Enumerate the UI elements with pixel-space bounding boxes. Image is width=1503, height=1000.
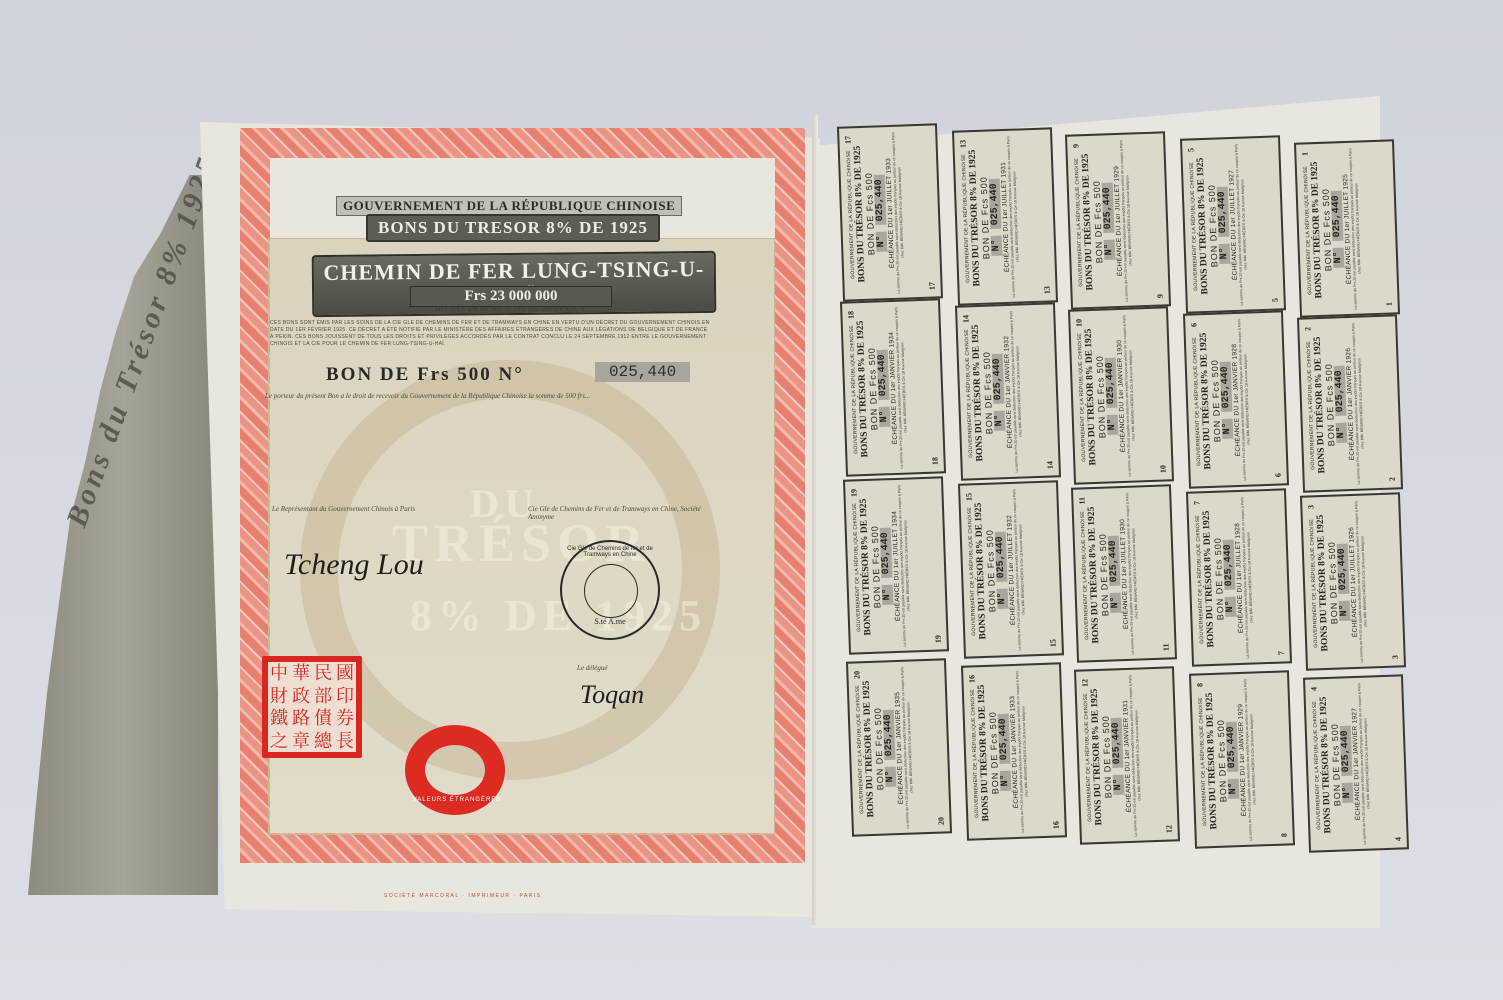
coupon-index-bottom: 12	[1164, 824, 1173, 832]
coupon-number-prefix: N°	[1222, 418, 1234, 438]
seal-char: 政	[290, 685, 312, 708]
coupon-number-prefix: N°	[1000, 770, 1012, 790]
coupon-index-top: 5	[1186, 147, 1195, 151]
coupon-index-top: 10	[1074, 318, 1083, 326]
company-round-stamp: Cie Gle de Chemins de fer et de Tramways…	[560, 540, 660, 640]
seal-char: 財	[268, 685, 290, 708]
coupon-serial: 025,440	[1331, 191, 1344, 241]
coupon-index-bottom: 15	[1048, 638, 1057, 646]
coupon-index-bottom: 20	[936, 816, 945, 824]
coupon-index-top: 20	[852, 670, 861, 678]
seal-char: 鐵	[268, 707, 290, 730]
coupon-1: GOUVERNEMENT DE LA RÉPUBLIQUE CHINOISE B…	[1294, 139, 1400, 317]
right-signatory-label: Cie Gle de Chemins de Fer et de Tramways…	[528, 505, 718, 521]
coupon-13: GOUVERNEMENT DE LA RÉPUBLIQUE CHINOISE B…	[952, 127, 1058, 305]
coupon-serial: 025,440	[877, 350, 890, 400]
coupon-content: GOUVERNEMENT DE LA RÉPUBLIQUE CHINOISE B…	[847, 481, 945, 649]
coupon-index-bottom: 6	[1274, 472, 1283, 476]
coupon-2: GOUVERNEMENT DE LA RÉPUBLIQUE CHINOISE B…	[1297, 314, 1403, 492]
coupon-index-bottom: 16	[1051, 820, 1060, 828]
seal-char: 國	[334, 662, 356, 685]
coupon-index-bottom: 19	[933, 634, 942, 642]
bon-denomination-label: BON DE Frs 500 N°	[326, 364, 524, 386]
coupon-index-top: 16	[967, 674, 976, 682]
stamp-text: Cie Gle de Chemins de fer et de Tramways…	[562, 546, 658, 558]
coupon-serial: 025,440	[1217, 187, 1230, 237]
seal-char: 部	[312, 685, 334, 708]
coupon-content: GOUVERNEMENT DE LA RÉPUBLIQUE CHINOISE B…	[1301, 319, 1399, 487]
coupon-serial: 025,440	[998, 714, 1011, 764]
coupon-number-prefix: N°	[1225, 596, 1237, 616]
coupon-content: GOUVERNEMENT DE LA RÉPUBLIQUE CHINOISE B…	[1187, 315, 1285, 483]
stamp-sa: S.té A.me	[562, 617, 658, 626]
coupon-content: GOUVERNEMENT DE LA RÉPUBLIQUE CHINOISE B…	[1078, 671, 1176, 839]
seal-char: 長	[334, 730, 356, 753]
coupon-19: GOUVERNEMENT DE LA RÉPUBLIQUE CHINOISE B…	[843, 476, 949, 654]
issuer-heading: GOUVERNEMENT DE LA RÉPUBLIQUE CHINOISE	[336, 196, 682, 216]
coupon-number-prefix: N°	[997, 588, 1009, 608]
stamp-monogram	[584, 564, 638, 618]
coupon-content: GOUVERNEMENT DE LA RÉPUBLIQUE CHINOISE B…	[1069, 136, 1167, 304]
coupon-18: GOUVERNEMENT DE LA RÉPUBLIQUE CHINOISE B…	[840, 298, 946, 476]
coupon-index-bottom: 5	[1271, 297, 1280, 301]
coupon-serial: 025,440	[1223, 540, 1236, 590]
issue-title: BONS DU TRESOR 8% DE 1925	[366, 214, 660, 242]
coupon-index-bottom: 4	[1394, 836, 1403, 840]
coupon-content: GOUVERNEMENT DE LA RÉPUBLIQUE CHINOISE B…	[1190, 493, 1288, 661]
coupon-index-top: 3	[1306, 504, 1315, 508]
coupon-number-prefix: N°	[885, 766, 897, 786]
coupon-content: GOUVERNEMENT DE LA RÉPUBLIQUE CHINOISE B…	[850, 663, 948, 831]
coupon-content: GOUVERNEMENT DE LA RÉPUBLIQUE CHINOISE B…	[1184, 140, 1282, 308]
seal-char: 之	[268, 730, 290, 753]
coupon-20: GOUVERNEMENT DE LA RÉPUBLIQUE CHINOISE B…	[846, 658, 952, 836]
coupon-index-top: 11	[1077, 496, 1086, 504]
coupon-content: GOUVERNEMENT DE LA RÉPUBLIQUE CHINOISE B…	[959, 307, 1057, 475]
coupon-number-prefix: N°	[994, 410, 1006, 430]
coupon-17: GOUVERNEMENT DE LA RÉPUBLIQUE CHINOISE B…	[837, 123, 943, 301]
coupon-number-prefix: N°	[1219, 243, 1231, 263]
coupon-serial: 025,440	[1108, 536, 1121, 586]
coupon-number-prefix: N°	[1110, 592, 1122, 612]
seal-char: 債	[312, 707, 334, 730]
coupon-index-top: 18	[846, 310, 855, 318]
coupon-index-bottom: 18	[930, 456, 939, 464]
coupon-9: GOUVERNEMENT DE LA RÉPUBLIQUE CHINOISE B…	[1065, 131, 1171, 309]
coupon-number-prefix: N°	[1107, 414, 1119, 434]
seal-char: 華	[290, 662, 312, 685]
seal-char: 印	[334, 685, 356, 708]
coupon-number-prefix: N°	[1336, 422, 1348, 442]
coupon-index-bottom: 11	[1161, 643, 1170, 651]
coupon-4: GOUVERNEMENT DE LA RÉPUBLIQUE CHINOISE B…	[1303, 674, 1409, 852]
left-signature: Tcheng Lou	[284, 548, 424, 582]
seal-char: 券	[334, 707, 356, 730]
coupon-serial: 025,440	[883, 710, 896, 760]
coupon-8: GOUVERNEMENT DE LA RÉPUBLIQUE CHINOISE B…	[1189, 670, 1295, 848]
coupon-serial: 025,440	[1102, 183, 1115, 233]
coupon-index-top: 4	[1309, 686, 1318, 690]
coupon-serial: 025,440	[1111, 718, 1124, 768]
coupon-14: GOUVERNEMENT DE LA RÉPUBLIQUE CHINOISE B…	[955, 302, 1061, 480]
coupon-index-bottom: 3	[1391, 654, 1400, 658]
coupon-number-prefix: N°	[876, 231, 888, 251]
bond-terms-script: Le porteur du présent Bon a le droit de …	[265, 392, 715, 401]
coupon-number-prefix: N°	[1333, 247, 1345, 267]
coupon-7: GOUVERNEMENT DE LA RÉPUBLIQUE CHINOISE B…	[1186, 488, 1292, 666]
coupon-index-bottom: 14	[1045, 460, 1054, 468]
coupon-index-bottom: 9	[1156, 293, 1165, 297]
coupon-number-prefix: N°	[1339, 600, 1351, 620]
seal-char: 總	[312, 730, 334, 753]
coupon-content: GOUVERNEMENT DE LA RÉPUBLIQUE CHINOISE B…	[1075, 489, 1173, 657]
sheet-fold	[812, 115, 818, 925]
coupon-content: GOUVERNEMENT DE LA RÉPUBLIQUE CHINOISE B…	[1298, 144, 1396, 312]
coupon-serial: 025,440	[1337, 544, 1350, 594]
coupon-index-top: 8	[1195, 682, 1204, 686]
coupon-content: GOUVERNEMENT DE LA RÉPUBLIQUE CHINOISE B…	[962, 485, 1060, 653]
coupon-number-prefix: N°	[991, 235, 1003, 255]
coupon-index-bottom: 1	[1385, 301, 1394, 305]
coupon-index-top: 13	[958, 139, 967, 147]
red-square-seal: 中 華 民 國 財 政 部 印 鐵 路 債 券 之 章 總 長	[262, 656, 362, 758]
coupon-index-bottom: 10	[1158, 464, 1167, 472]
coupon-serial: 025,440	[1105, 358, 1118, 408]
delegate-signature: Toqan	[580, 680, 644, 710]
coupon-index-bottom: 13	[1042, 285, 1051, 293]
legal-preamble: Ces bons sont émis par les soins de la C…	[270, 320, 710, 348]
seal-characters: 中 華 民 國 財 政 部 印 鐵 路 債 券 之 章 總 長	[268, 662, 356, 752]
coupon-serial: 025,440	[1220, 362, 1233, 412]
coupon-content: GOUVERNEMENT DE LA RÉPUBLIQUE CHINOISE B…	[844, 303, 942, 471]
coupon-number-prefix: N°	[1113, 774, 1125, 794]
coupon-6: GOUVERNEMENT DE LA RÉPUBLIQUE CHINOISE B…	[1183, 310, 1289, 488]
coupon-serial: 025,440	[1226, 722, 1239, 772]
coupon-serial: 025,440	[992, 354, 1005, 404]
coupon-content: GOUVERNEMENT DE LA RÉPUBLIQUE CHINOISE B…	[1072, 311, 1170, 479]
left-signatory-label: Le Représentant du Gouvernement Chinois …	[272, 505, 422, 513]
coupon-index-bottom: 7	[1277, 650, 1286, 654]
coupon-serial: 025,440	[1334, 366, 1347, 416]
coupon-serial: 025,440	[874, 175, 887, 225]
coupon-index-top: 12	[1080, 678, 1089, 686]
tax-stamp-text: VALEURS ÉTRANGÈRES	[407, 797, 507, 803]
coupon-serial: 025,440	[880, 528, 893, 578]
coupon-serial: 025,440	[989, 179, 1002, 229]
coupon-index-top: 19	[849, 488, 858, 496]
coupon-index-top: 7	[1192, 500, 1201, 504]
coupon-15: GOUVERNEMENT DE LA RÉPUBLIQUE CHINOISE B…	[958, 480, 1064, 658]
coupon-index-top: 6	[1189, 322, 1198, 326]
red-round-tax-stamp: VALEURS ÉTRANGÈRES	[405, 725, 505, 815]
coupon-index-top: 14	[961, 314, 970, 322]
seal-char: 路	[290, 707, 312, 730]
seal-char: 民	[312, 662, 334, 685]
total-amount: Frs 23 000 000	[410, 286, 612, 307]
delegate-label: Le délégué	[577, 664, 608, 672]
coupon-serial: 025,440	[995, 532, 1008, 582]
seal-char: 中	[268, 662, 290, 685]
coupon-number-prefix: N°	[1104, 239, 1116, 259]
coupon-content: GOUVERNEMENT DE LA RÉPUBLIQUE CHINOISE B…	[1307, 679, 1405, 847]
coupon-content: GOUVERNEMENT DE LA RÉPUBLIQUE CHINOISE B…	[841, 128, 939, 296]
coupon-number-prefix: N°	[1342, 782, 1354, 802]
bon-serial-number: 025,440	[595, 362, 690, 382]
coupon-content: GOUVERNEMENT DE LA RÉPUBLIQUE CHINOISE B…	[965, 667, 1063, 835]
coupon-index-bottom: 8	[1280, 832, 1289, 836]
coupon-10: GOUVERNEMENT DE LA RÉPUBLIQUE CHINOISE B…	[1068, 306, 1174, 484]
coupon-5: GOUVERNEMENT DE LA RÉPUBLIQUE CHINOISE B…	[1180, 135, 1286, 313]
division-text: DIVISÉS EN 46 000 BONS DE 500 FRANCS	[410, 305, 610, 313]
seal-char: 章	[290, 730, 312, 753]
coupon-3: GOUVERNEMENT DE LA RÉPUBLIQUE CHINOISE B…	[1300, 492, 1406, 670]
coupon-content: GOUVERNEMENT DE LA RÉPUBLIQUE CHINOISE B…	[1304, 497, 1402, 665]
coupon-index-top: 2	[1303, 326, 1312, 330]
coupon-index-bottom: 17	[927, 281, 936, 289]
coupon-index-bottom: 2	[1388, 476, 1397, 480]
coupon-index-top: 15	[964, 492, 973, 500]
coupon-12: GOUVERNEMENT DE LA RÉPUBLIQUE CHINOISE B…	[1074, 666, 1180, 844]
coupon-number-prefix: N°	[879, 406, 891, 426]
watermark-year: 8% DE 1925	[410, 590, 707, 641]
bond-talon-strip	[28, 175, 218, 895]
coupon-index-top: 1	[1300, 151, 1309, 155]
printer-imprint: SOCIÉTÉ MARCORAL · IMPRIMEUR · PARIS	[384, 893, 542, 899]
coupon-number-prefix: N°	[882, 584, 894, 604]
coupon-number-prefix: N°	[1228, 778, 1240, 798]
coupon-index-top: 17	[843, 135, 852, 143]
coupon-content: GOUVERNEMENT DE LA RÉPUBLIQUE CHINOISE B…	[956, 132, 1054, 300]
coupon-index-top: 9	[1071, 143, 1080, 147]
coupon-11: GOUVERNEMENT DE LA RÉPUBLIQUE CHINOISE B…	[1071, 484, 1177, 662]
coupon-16: GOUVERNEMENT DE LA RÉPUBLIQUE CHINOISE B…	[961, 662, 1067, 840]
coupon-content: GOUVERNEMENT DE LA RÉPUBLIQUE CHINOISE B…	[1193, 675, 1291, 843]
coupon-serial: 025,440	[1340, 726, 1353, 776]
